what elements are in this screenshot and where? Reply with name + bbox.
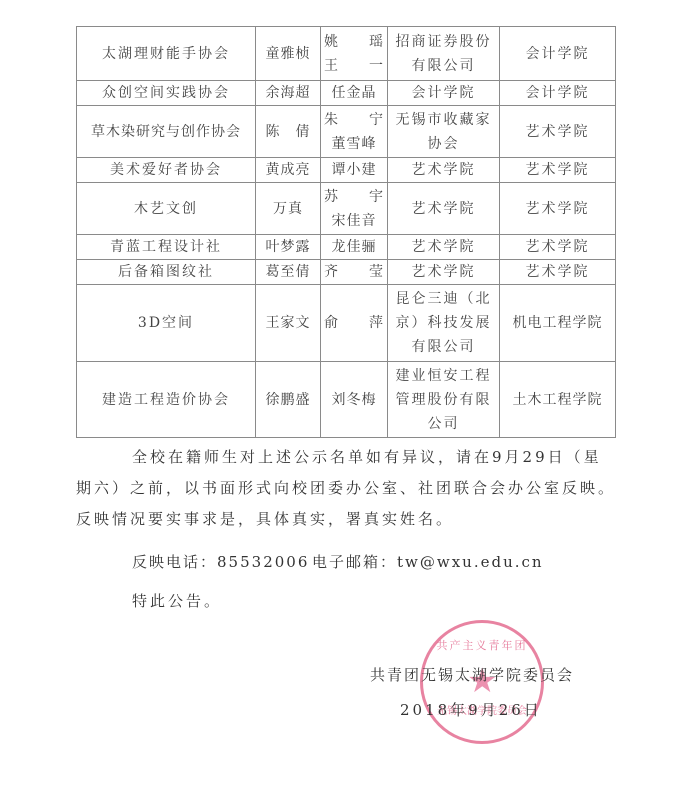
- partner-org: 艺术学院: [388, 183, 500, 235]
- club-leader: 黄成亮: [256, 158, 321, 183]
- club-leader: 陈 倩: [256, 106, 321, 158]
- club-advisors: 朱 宁董雪峰: [321, 106, 388, 158]
- club-name: 后备箱图纹社: [77, 260, 256, 285]
- club-advisors: 苏 宇宋佳音: [321, 183, 388, 235]
- club-leader: 童雅桢: [256, 27, 321, 81]
- college: 会计学院: [500, 81, 616, 106]
- college: 机电工程学院: [500, 285, 616, 362]
- partner-org: 招商证券股份有限公司: [388, 27, 500, 81]
- college: 艺术学院: [500, 235, 616, 260]
- club-leader: 徐鹏盛: [256, 362, 321, 438]
- club-name: 众创空间实践协会: [77, 81, 256, 106]
- date: 2018年9月26日: [400, 699, 542, 720]
- club-leader: 葛至倩: [256, 260, 321, 285]
- email-address: tw@wxu.edu.cn: [397, 553, 544, 571]
- college: 艺术学院: [500, 183, 616, 235]
- college: 艺术学院: [500, 158, 616, 183]
- objection-notice-paragraph: 全校在籍师生对上述公示名单如有异议，请在9月29日（星期六）之前，以书面形式向校…: [76, 442, 616, 535]
- club-list-table: 太湖理财能手协会 童雅桢 姚 瑶王 一 招商证券股份有限公司 会计学院 众创空间…: [76, 26, 616, 438]
- seal-top-text: 共产主义青年团: [423, 637, 541, 653]
- club-advisors: 齐 莹: [321, 260, 388, 285]
- partner-org: 会计学院: [388, 81, 500, 106]
- club-name: 草木染研究与创作协会: [77, 106, 256, 158]
- phone-number: 85532006: [217, 553, 309, 571]
- club-advisors: 龙佳骊: [321, 235, 388, 260]
- partner-org: 昆仑三迪（北京）科技发展有限公司: [388, 285, 500, 362]
- club-advisors: 刘冬梅: [321, 362, 388, 438]
- club-advisors: 姚 瑶王 一: [321, 27, 388, 81]
- table-row: 青蓝工程设计社 叶梦露 龙佳骊 艺术学院 艺术学院: [77, 235, 616, 260]
- table-row: 木艺文创 万真 苏 宇宋佳音 艺术学院 艺术学院: [77, 183, 616, 235]
- club-advisors: 俞 萍: [321, 285, 388, 362]
- partner-org: 艺术学院: [388, 235, 500, 260]
- email-label: 电子邮箱：: [312, 553, 397, 571]
- partner-org: 艺术学院: [388, 158, 500, 183]
- club-name: 太湖理财能手协会: [77, 27, 256, 81]
- club-name: 青蓝工程设计社: [77, 235, 256, 260]
- phone-label: 反映电话：: [132, 553, 217, 571]
- club-leader: 叶梦露: [256, 235, 321, 260]
- club-leader: 万真: [256, 183, 321, 235]
- college: 艺术学院: [500, 106, 616, 158]
- table-row: 后备箱图纹社 葛至倩 齐 莹 艺术学院 艺术学院: [77, 260, 616, 285]
- club-advisors: 任金晶: [321, 81, 388, 106]
- club-leader: 余海超: [256, 81, 321, 106]
- college: 会计学院: [500, 27, 616, 81]
- signature: 共青团无锡太湖学院委员会: [370, 664, 574, 685]
- table-row: 3D空间 王家文 俞 萍 昆仑三迪（北京）科技发展有限公司 机电工程学院: [77, 285, 616, 362]
- club-name: 木艺文创: [77, 183, 256, 235]
- table-row: 草木染研究与创作协会 陈 倩 朱 宁董雪峰 无锡市收藏家协会 艺术学院: [77, 106, 616, 158]
- club-name: 建造工程造价协会: [77, 362, 256, 438]
- partner-org: 建业恒安工程管理股份有限公司: [388, 362, 500, 438]
- partner-org: 无锡市收藏家协会: [388, 106, 500, 158]
- closing-text: 特此公告。: [132, 590, 222, 611]
- club-advisors: 谭小建: [321, 158, 388, 183]
- email-block: 电子邮箱：tw@wxu.edu.cn: [312, 551, 544, 572]
- table-row: 太湖理财能手协会 童雅桢 姚 瑶王 一 招商证券股份有限公司 会计学院: [77, 27, 616, 81]
- partner-org: 艺术学院: [388, 260, 500, 285]
- table-row: 众创空间实践协会 余海超 任金晶 会计学院 会计学院: [77, 81, 616, 106]
- table-row: 建造工程造价协会 徐鹏盛 刘冬梅 建业恒安工程管理股份有限公司 土木工程学院: [77, 362, 616, 438]
- table-row: 美术爱好者协会 黄成亮 谭小建 艺术学院 艺术学院: [77, 158, 616, 183]
- college: 土木工程学院: [500, 362, 616, 438]
- contact-line: 反映电话：85532006 电子邮箱：tw@wxu.edu.cn: [132, 551, 309, 572]
- club-name: 美术爱好者协会: [77, 158, 256, 183]
- club-leader: 王家文: [256, 285, 321, 362]
- club-name: 3D空间: [77, 285, 256, 362]
- college: 艺术学院: [500, 260, 616, 285]
